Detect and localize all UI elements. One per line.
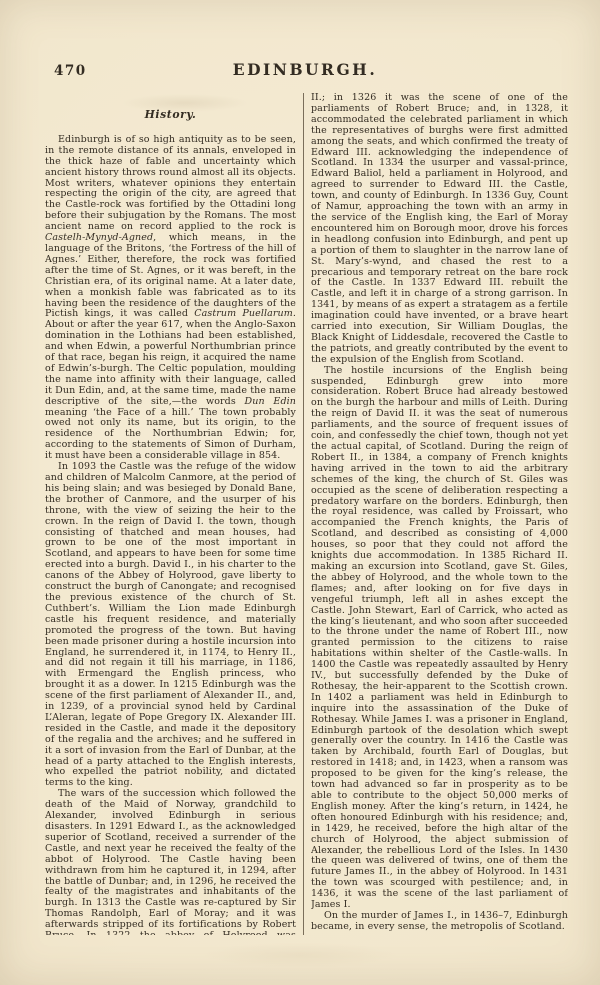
text-segment: II.; in 1326 it was the scene of one of … bbox=[311, 93, 568, 365]
text-segment: In 1093 the Castle was the refuge of the… bbox=[45, 461, 296, 788]
paragraph: II.; in 1326 it was the scene of one of … bbox=[311, 93, 568, 366]
page-header: 470 EDINBURGH. bbox=[45, 60, 565, 84]
text-segment: The hostile incursions of the English be… bbox=[311, 365, 568, 910]
left-column-text: Edinburgh is of so high antiquity as to … bbox=[45, 135, 296, 935]
text-segment: The wars of the succession which followe… bbox=[45, 788, 296, 935]
paragraph: The wars of the succession which followe… bbox=[45, 789, 296, 935]
paragraph: The hostile incursions of the English be… bbox=[311, 366, 568, 911]
text-segment: , which means, in the language of the Br… bbox=[45, 232, 296, 319]
paragraph: Edinburgh is of so high antiquity as to … bbox=[45, 135, 296, 462]
text-segment: . About or after the year 617, when the … bbox=[45, 308, 296, 406]
section-heading: History. bbox=[45, 110, 296, 121]
text-segment: Edinburgh is of so high antiquity as to … bbox=[45, 134, 296, 232]
paragraph: In 1093 the Castle was the refuge of the… bbox=[45, 462, 296, 789]
right-column-text: II.; in 1326 it was the scene of one of … bbox=[311, 93, 568, 933]
paragraph: On the murder of James I., in 1436–7, Ed… bbox=[311, 911, 568, 933]
left-column: History. Edinburgh is of so high antiqui… bbox=[45, 93, 296, 935]
column-divider bbox=[303, 93, 304, 935]
text-segment: meaning ‘the Face of a hill.’ The town p… bbox=[45, 407, 296, 462]
text-columns: History. Edinburgh is of so high antiqui… bbox=[45, 93, 568, 935]
italic-text: Dun Edin bbox=[245, 396, 296, 407]
book-page: 470 EDINBURGH. History. Edinburgh is of … bbox=[0, 0, 600, 985]
right-column: II.; in 1326 it was the scene of one of … bbox=[311, 93, 568, 935]
text-segment: On the murder of James I., in 1436–7, Ed… bbox=[311, 910, 568, 932]
italic-text: Castelh-Mynyd-Agned bbox=[45, 232, 153, 243]
running-title: EDINBURGH. bbox=[45, 60, 565, 79]
italic-text: Castrum Puellarum bbox=[194, 308, 293, 319]
